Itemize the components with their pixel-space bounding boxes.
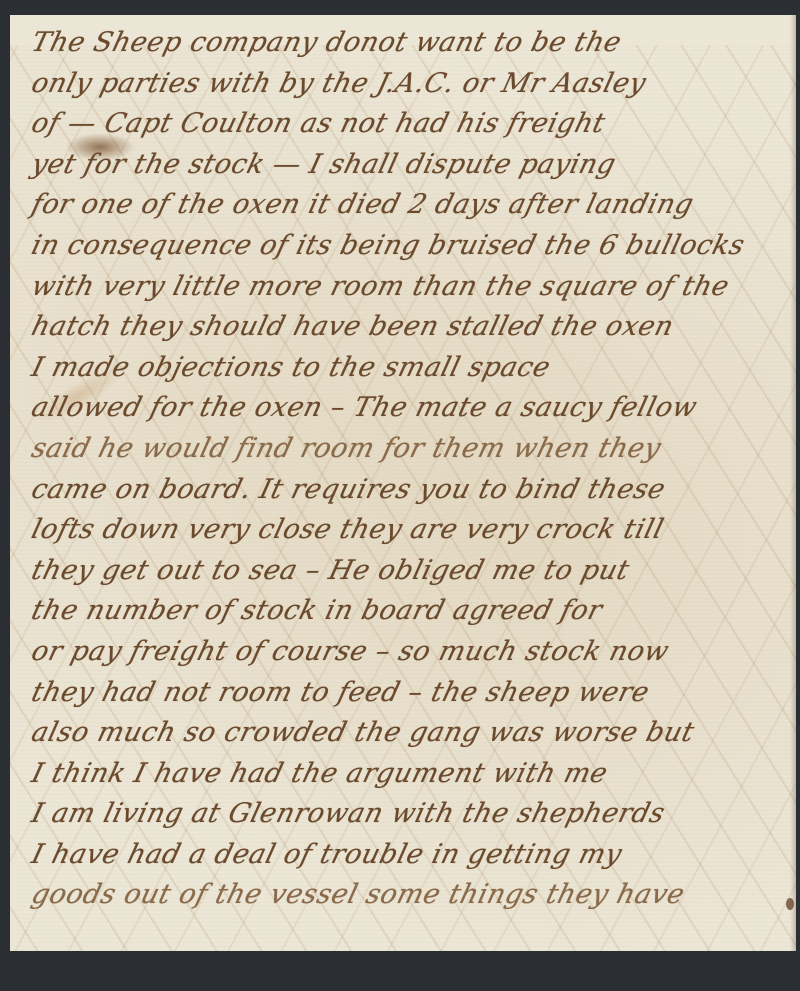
letter-line: lofts down very close they are very croc… <box>27 510 791 551</box>
letter-line: they get out to sea – He obliged me to p… <box>27 551 791 592</box>
letter-line: goods out of the vessel some things they… <box>27 875 791 916</box>
letter-line: only parties with by the J.A.C. or Mr Aa… <box>27 64 791 105</box>
letter-line: in consequence of its being bruised the … <box>27 226 791 267</box>
letter-line: came on board. It requires you to bind t… <box>27 470 791 511</box>
letter-line: for one of the oxen it died 2 days after… <box>27 185 791 226</box>
letter-line: I think I have had the argument with me <box>27 754 791 795</box>
letter-line: yet for the stock — I shall dispute payi… <box>27 145 791 186</box>
letter-line: I am living at Glenrowan with the shephe… <box>27 794 791 835</box>
letter-page: The Sheep company donot want to be the o… <box>10 15 796 951</box>
letter-body: The Sheep company donot want to be the o… <box>32 23 786 916</box>
letter-line: said he would find room for them when th… <box>27 429 791 470</box>
letter-line: hatch they should have been stalled the … <box>27 307 791 348</box>
letter-line: the number of stock in board agreed for <box>27 591 791 632</box>
letter-line: allowed for the oxen – The mate a saucy … <box>27 388 791 429</box>
letter-line: of — Capt Coulton as not had his freight <box>27 104 791 145</box>
letter-line: I have had a deal of trouble in getting … <box>27 835 791 876</box>
letter-line: they had not room to feed – the sheep we… <box>27 673 791 714</box>
letter-line: also much so crowded the gang was worse … <box>27 713 791 754</box>
letter-line: The Sheep company donot want to be the <box>27 23 791 64</box>
letter-line: with very little more room than the squa… <box>27 267 791 308</box>
scan-frame-border <box>0 951 800 991</box>
letter-line: I made objections to the small space <box>27 348 791 389</box>
letter-line: or pay freight of course – so much stock… <box>27 632 791 673</box>
